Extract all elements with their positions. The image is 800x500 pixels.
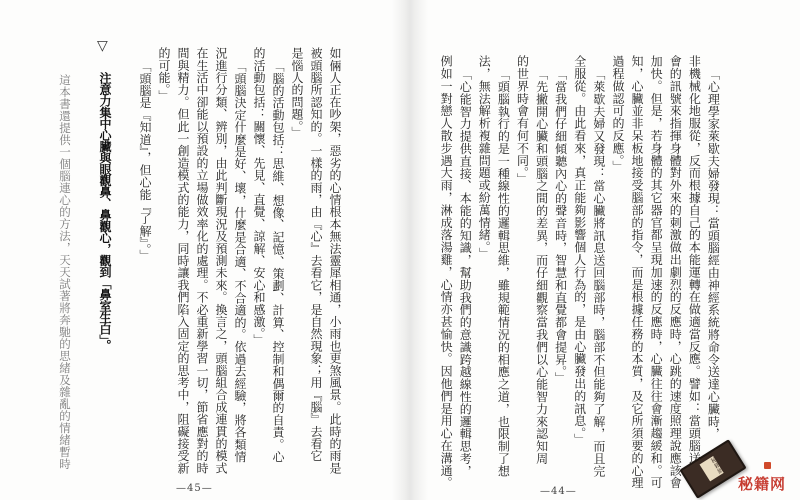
text-column: 在生活中卻能以預設的立場做效率化的處理。不必重新學習一切，節省應對的時 — [192, 47, 211, 477]
text-column: 「心能智力提供直接、本能的知識，幫助我們的意識跨越線性的邏輯思考， — [455, 55, 474, 498]
text-column: 全服從。由此看來，真正能夠影響個人行為的，是由心臟發出的訊息。」 — [570, 55, 589, 485]
left-page-body: 如倆人正在吵架，惡劣的心情根本無法靈犀相通，小雨也更煞風景。此時的雨是 被頭腦所… — [135, 47, 344, 490]
text-column: 的活動包括：關懷、先見、直覺、諒解、安心和感激。」 — [249, 47, 268, 477]
right-page-body: 「心理學家萊歇夫婦發現：當頭腦經由神經系統將命令送達心臟時， 非機械化地服從，反… — [436, 55, 722, 498]
page-number: —44— — [540, 486, 577, 497]
text-column: 例如一對戀人散步遇大雨，淋成落湯雞，心情亦甚愉快。因他們是用心在溝通。 — [436, 55, 455, 485]
triangle-marker-icon: ▽ — [97, 38, 108, 54]
text-column: 是惱人的問題。」 — [287, 47, 306, 477]
seal-icon — [764, 462, 771, 469]
text-column: 「萊歇夫婦又發現：當心臟將訊息送回腦部時，腦部不但能夠了解，而且完 — [589, 55, 608, 498]
stamp-label: 秘籍網 — [700, 456, 724, 481]
annotation-column: 這本書還提供一個腦連心的方法，天天試著將奔馳的思緒及雜亂的情緒暫時 — [57, 74, 73, 470]
note-heading: 注意力集中心臟與眼觀鼻、鼻觀心，觀到「鼻室生白」。 — [96, 72, 114, 351]
right-page: 「心理學家萊歇夫婦發現：當頭腦經由神經系統將命令送達心臟時， 非機械化地服從，反… — [400, 0, 800, 500]
text-column: 「頭腦執行的是一種線性的邏輯思維，雖規範情況的相應之道，也限制了想 — [493, 55, 512, 498]
left-page: 如倆人正在吵架，惡劣的心情根本無法靈犀相通，小雨也更煞風景。此時的雨是 被頭腦所… — [0, 0, 400, 500]
text-column: 「腦的活動包括：思維、想像、記憶、策劃、計算、控制和偶爾的自責。心 — [268, 47, 287, 490]
text-column: 加快。但是，若身體的其它器官都呈現加速的反應時，心臟往往會漸趨緩和。可 — [646, 55, 665, 485]
page-number: —45— — [176, 483, 213, 494]
text-column: 非機械化地服從，反而根據自己的本能運轉在做適當反應。譬如：當頭腦送 — [684, 55, 703, 485]
text-column: 「先撇開心臟和頭腦之間的差異，而仔細觀察當我們以心能智力來認知周 — [531, 55, 550, 498]
text-column: 過程做認可的反應。」 — [608, 55, 627, 485]
text-column: 「頭腦決定什麼是好、壞，什麼是合適、不合適的。依過去經驗，將各類情 — [230, 47, 249, 490]
text-column: 會的訊號來指揮身體對外來的刺激做出劇烈的反應時，心跳的速度照理說應該會 — [665, 55, 684, 485]
text-column: 被頭腦所認知的。一樣的雨，由『心』去看它，是自然現象；用『腦』去看它 — [306, 47, 325, 477]
text-column: 如倆人正在吵架，惡劣的心情根本無法靈犀相通，小雨也更煞風景。此時的雨是 — [325, 47, 344, 477]
text-column: 「心理學家萊歇夫婦發現：當頭腦經由神經系統將命令送達心臟時， — [703, 55, 722, 498]
text-column: 間與精力。但此一創造模式的能力，同時讓我們陷入固定的思考中，阻礙接受新 — [173, 47, 192, 477]
text-column: 況進行分類、辨別，由此判斷現況及預測未來。換言之，頭腦組合成連貫的模式 — [211, 47, 230, 477]
watermark-logo: 秘籍网 — [738, 473, 786, 494]
text-column: 「頭腦是『知道』，但心能『了解』。」 — [135, 47, 154, 490]
text-column: 「當我們仔細傾聽內心的聲音時，智慧和直覺都會提昇。」 — [551, 55, 570, 498]
text-column: 法，無法解析複雜問題或紛萬情緒。」 — [474, 55, 493, 485]
text-column: 的世界時會有何不同。」 — [512, 55, 531, 485]
text-column: 的可能。」 — [154, 47, 173, 477]
text-column: 知，心臟並非呆板地接受腦部的指令，而是根據任務的本質，及它所須要的心理 — [627, 55, 646, 485]
